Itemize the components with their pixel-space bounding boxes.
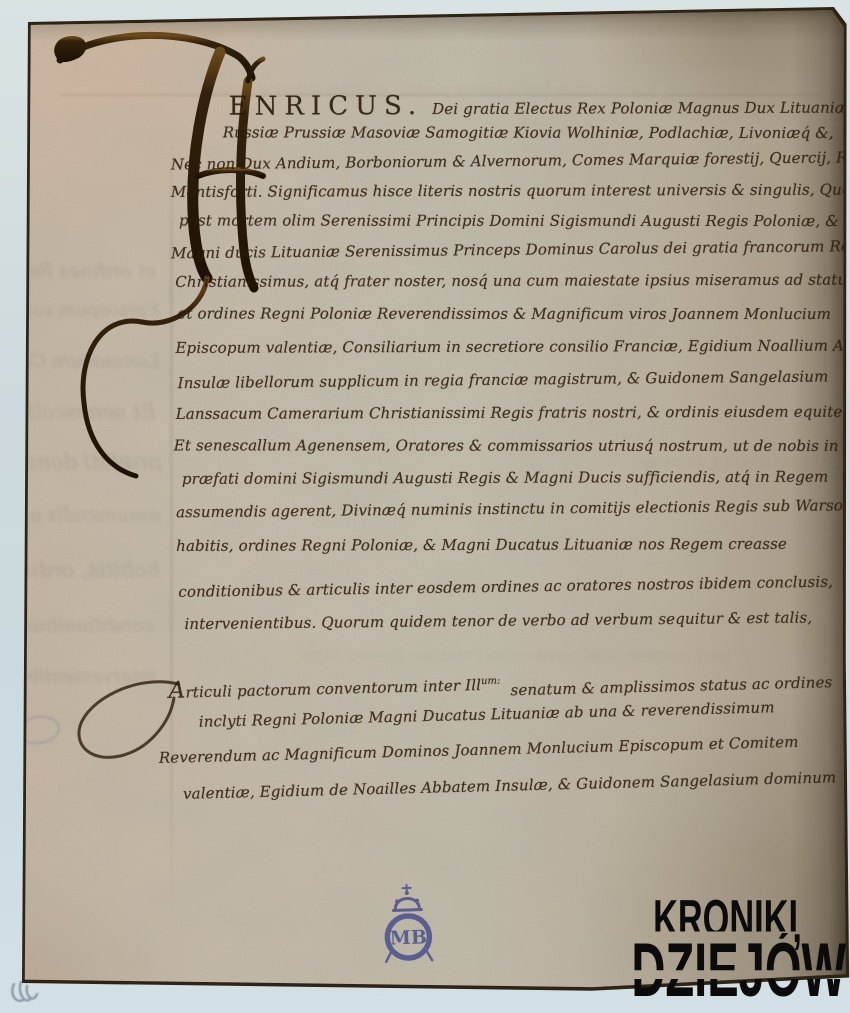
photo-background: et ordines Regni Poloniæ Reverendissimos…: [0, 0, 850, 1013]
manuscript-line: Russiæ Prussiæ Masoviæ Samogitiæ Kiovia …: [223, 123, 834, 142]
manuscript-line: habitis, ordines Regni Poloniæ, & Magni …: [176, 535, 787, 556]
manuscript-line: Nec non Dux Andium, Borboniorum & Alvern…: [171, 148, 850, 174]
manuscript-line: Et senescallum Agenensem, Oratores & com…: [174, 436, 850, 455]
pacta-intro-pre: Articuli pactorum conventorum inter Ill: [168, 676, 481, 702]
manuscript-line: Montisforti. Significamus hisce literis …: [171, 180, 850, 201]
manuscript-line: intervenientibus. Quorum quidem tenor de…: [184, 608, 812, 633]
pacta-line: Reverendum ac Magnificum Dominos Joannem…: [159, 733, 799, 768]
pacta-intro-post: senatum & amplissimos status ac ordines: [510, 673, 832, 700]
manuscript-line: Christianissimus, atq́ frater noster, no…: [175, 270, 850, 291]
pacta-line: valentiæ, Egidium de Noailles Abbatem In…: [183, 768, 837, 803]
manuscript-line: Magni ducis Lituaniæ Serenissimus Prince…: [171, 237, 850, 263]
pacta-intro-sup: um:: [481, 676, 501, 687]
library-stamp: MB: [376, 881, 439, 973]
manuscript-line: Insulæ libellorum supplicum in regia fra…: [177, 367, 828, 393]
parchment-page: et ordines Regni Poloniæ Reverendissimos…: [0, 0, 850, 1013]
manuscript-line: Episcopum valentiæ, Consiliarium in secr…: [175, 336, 850, 357]
stamp-monogram: MB: [389, 926, 427, 949]
binding-thread: [6, 980, 42, 1012]
pacta-line: inclyti Regni Poloniæ Magni Ducatus Litu…: [199, 698, 775, 731]
manuscript-line: post mortem olim Serenissimi Principis D…: [179, 211, 839, 230]
heading-henricus: ENRICUS.: [229, 91, 424, 122]
parchment-surface: et ordines Regni Poloniæ Reverendissimos…: [0, 0, 850, 1013]
heading-rest: Dei gratia Electus Rex Poloniæ Magnus Du…: [432, 99, 850, 118]
manuscript-heading: ENRICUS. Dei gratia Electus Rex Poloniæ …: [229, 89, 850, 124]
manuscript-line: assumendis agerent, Divinæq́ numinis ins…: [176, 496, 850, 522]
manuscript-line: et ordines Regni Poloniæ Reverendissimos…: [177, 304, 831, 323]
manuscript-text: ENRICUS. Dei gratia Electus Rex Poloniæ …: [0, 0, 850, 1013]
manuscript-line: Lanssacum Camerarium Christianissimi Reg…: [176, 402, 850, 423]
manuscript-line: conditionibus & articulis inter eosdem o…: [178, 573, 833, 602]
manuscript-line: præfati domini Sigismundi Augusti Regis …: [182, 468, 829, 489]
